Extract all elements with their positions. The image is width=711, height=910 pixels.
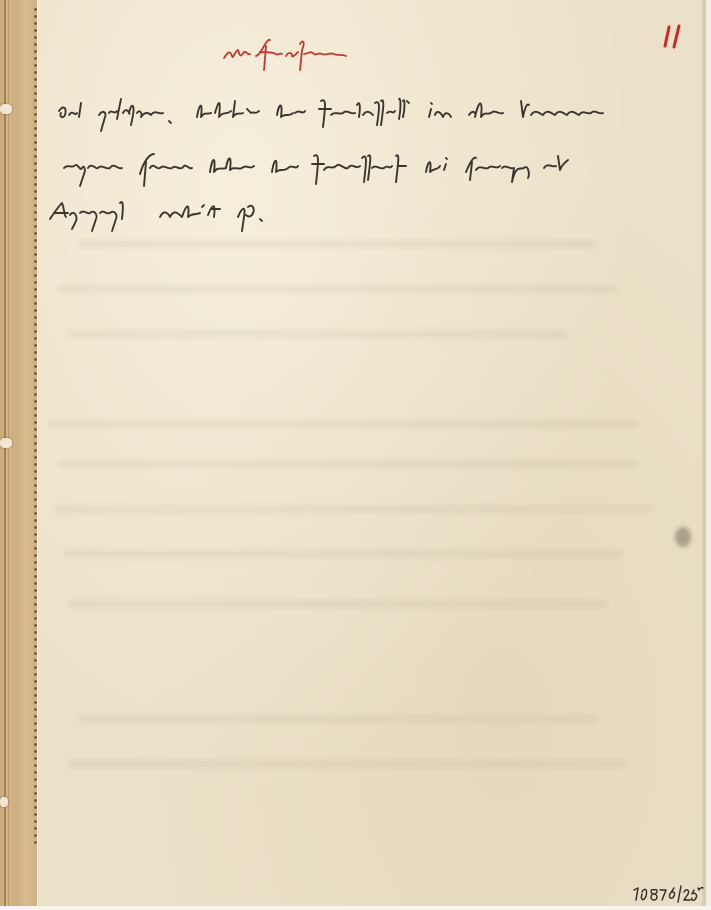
manuscript-scan: Aufsuchen 11 Die gesetzliche, bestehende… [0,0,711,906]
scan-bottom-margin [0,906,711,910]
show-through-text [78,715,598,723]
show-through-text [68,760,628,768]
show-through-text [58,285,618,293]
binding-strip [0,0,37,906]
show-through-text [58,460,638,468]
paper-edge [702,0,706,906]
paper-stain [675,527,691,547]
page-number: 11 [662,24,682,50]
binding-tear-mark [0,438,12,448]
body-line-1: Die gesetzliche, bestehende Gemeinschaft… [55,95,635,135]
body-line-3: Angemerkt erkennt ist. [48,195,308,237]
binding-tear-mark [0,104,12,114]
binding-tear-mark [0,797,8,807]
binding-fold-line [4,0,6,906]
show-through-text [68,330,568,338]
show-through-text [48,420,638,428]
paper-sheet [38,0,706,906]
show-through-text [63,550,623,558]
show-through-text [53,505,653,513]
show-through-text [78,240,598,248]
binding-fold-line-secondary [8,0,9,906]
show-through-text [68,600,608,608]
body-line-2: wegen seiner Arbeit der Genossenschaft d… [60,150,640,192]
archive-signature: 10876/25r [632,882,704,904]
page-heading: Aufsuchen [222,36,352,72]
